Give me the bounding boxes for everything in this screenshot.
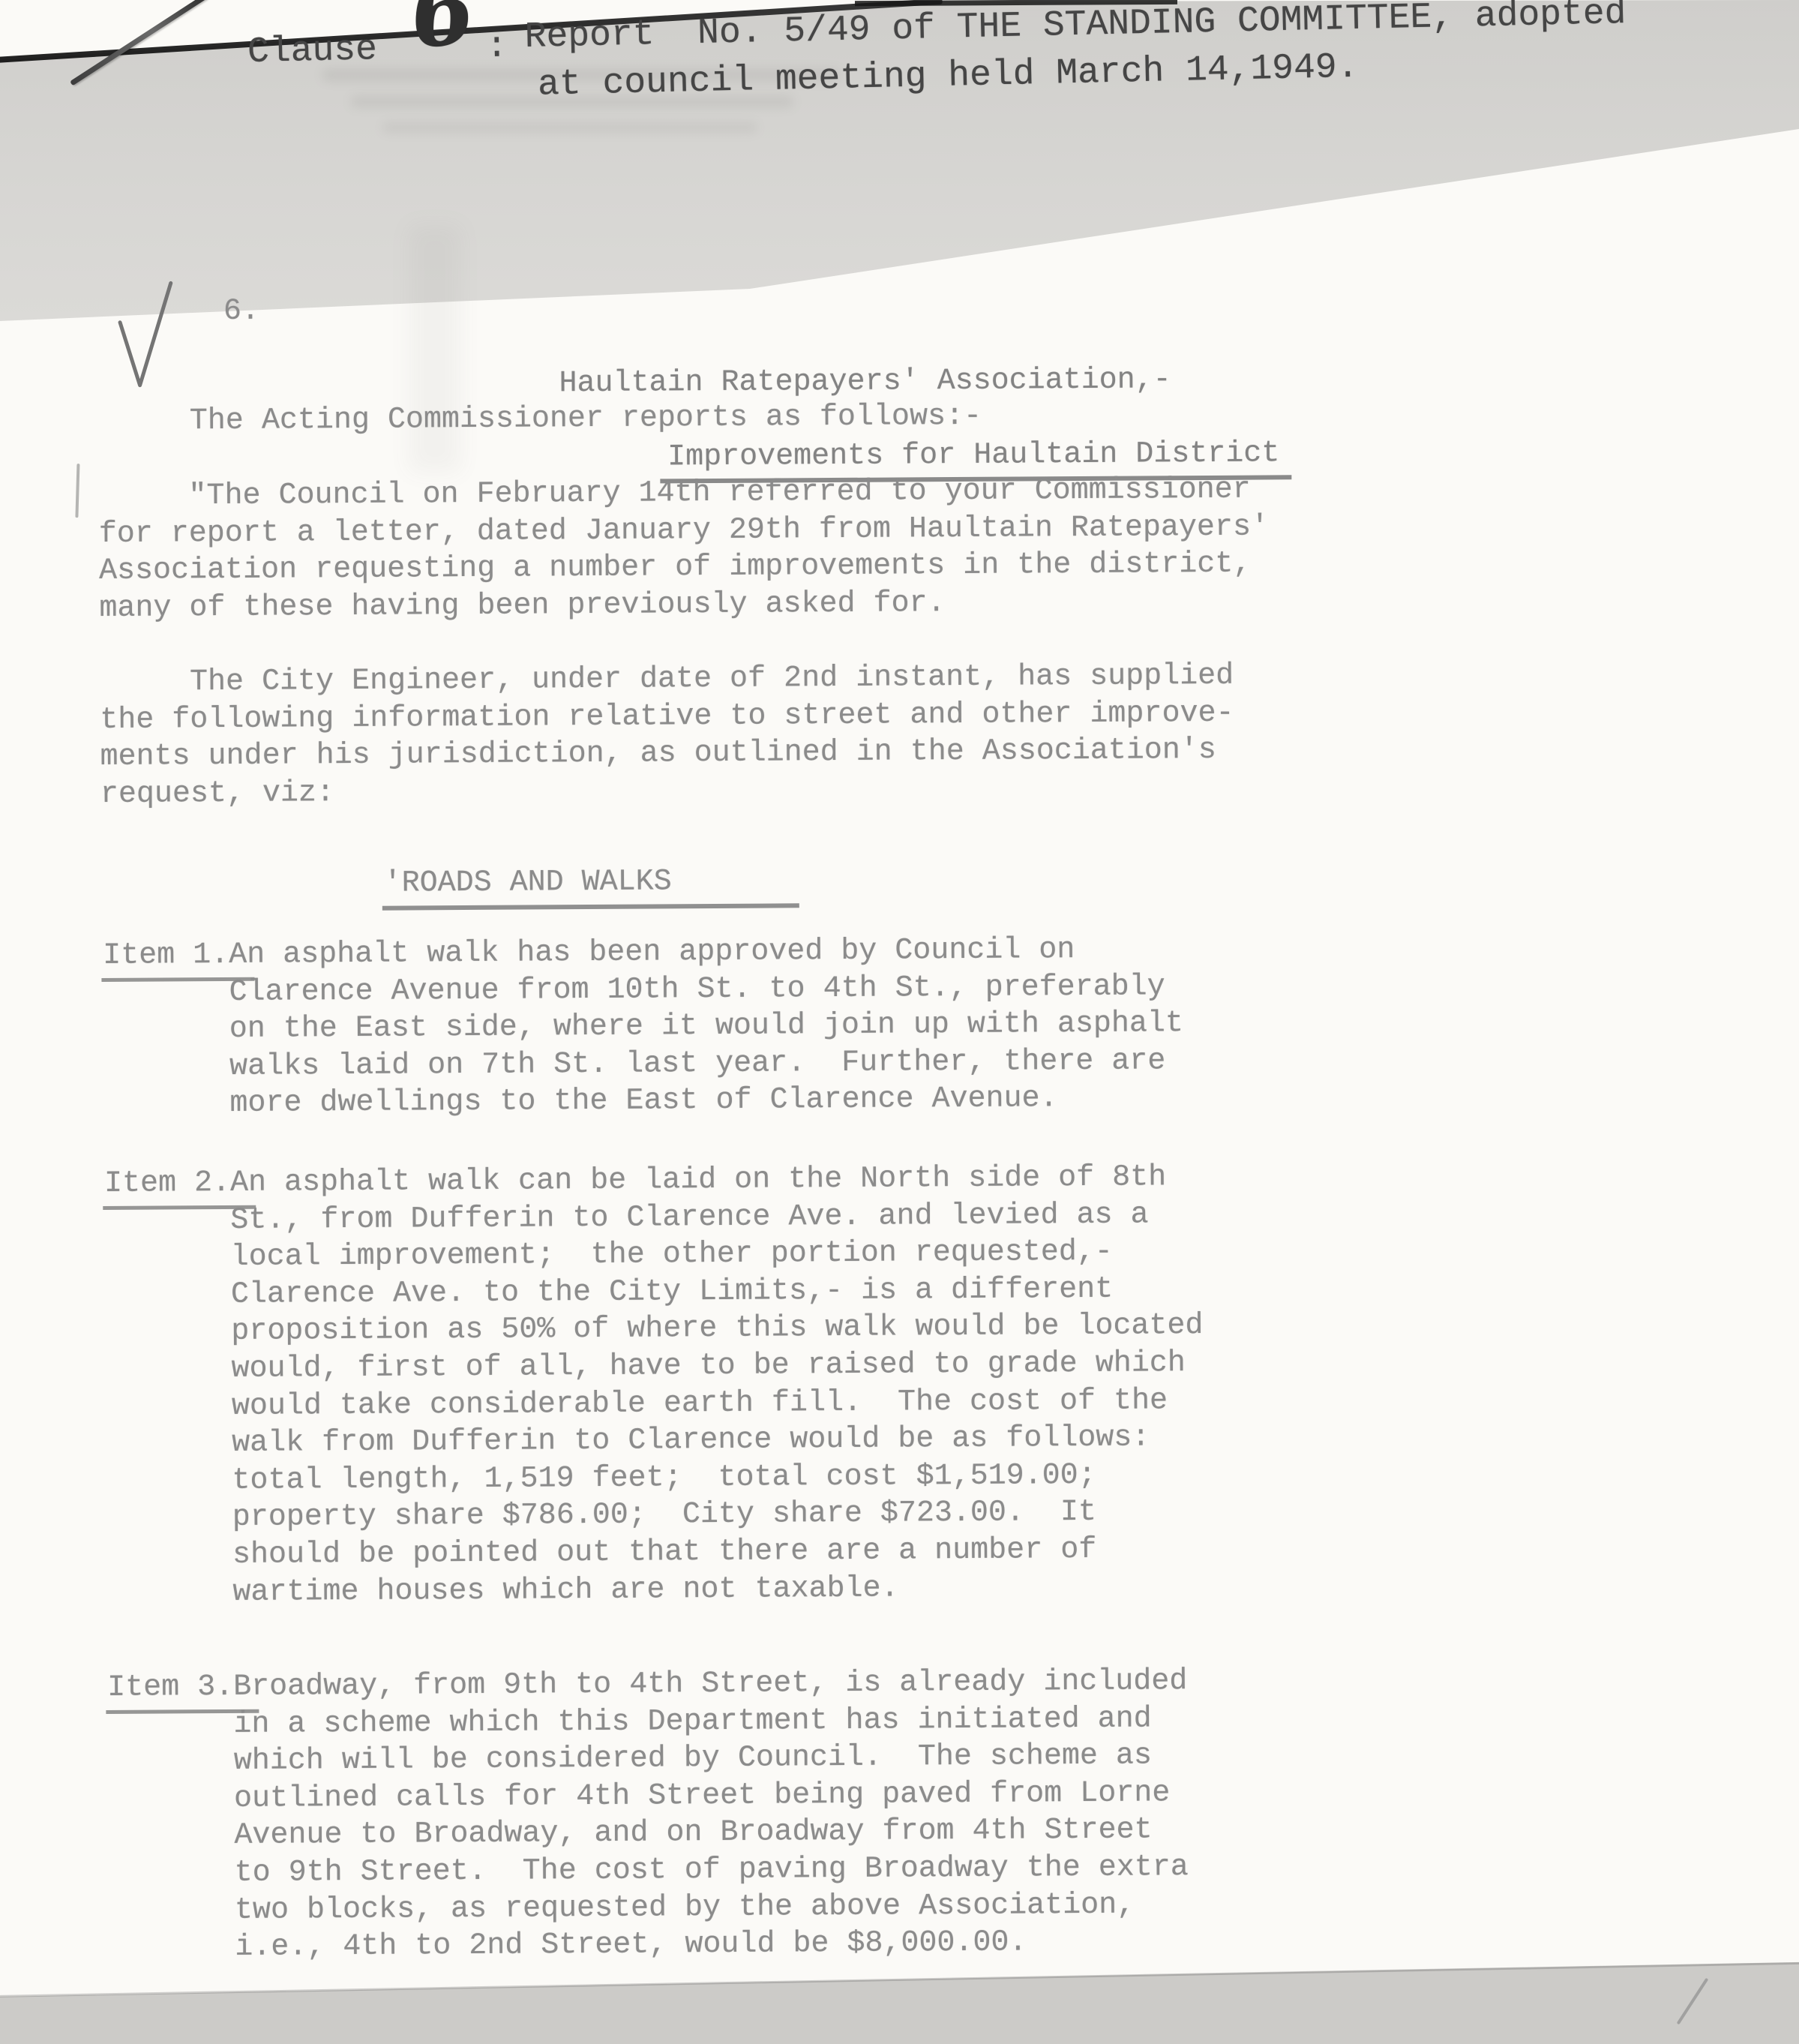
item-2-body: An asphalt walk can be laid on the North…	[230, 1159, 1205, 1611]
section-heading-roads-and-walks: 'ROADS AND WALKS	[382, 863, 799, 910]
intro-line: The Acting Commissioner reports as follo…	[190, 398, 982, 440]
item-3-body: Broadway, from 9th to 4th Street, is alr…	[233, 1663, 1189, 1967]
document-body: 6. Haultain Ratepayers' Association,- Im…	[0, 0, 1799, 2044]
paragraph-council-referral: "The Council on February 14th referred t…	[98, 471, 1269, 627]
item-1-body: An asphalt walk has been approved by Cou…	[229, 931, 1184, 1123]
title-line-1: Haultain Ratepayers' Association,-	[559, 361, 1291, 403]
paragraph-city-engineer: The City Engineer, under date of 2nd ins…	[100, 658, 1234, 814]
page-edge-mark	[75, 464, 79, 518]
check-mark	[112, 278, 182, 395]
clause-item-number: 6.	[223, 293, 259, 331]
scanned-document-page: Clause 6 : Report No. 5/49 of THE STANDI…	[0, 0, 1799, 2044]
